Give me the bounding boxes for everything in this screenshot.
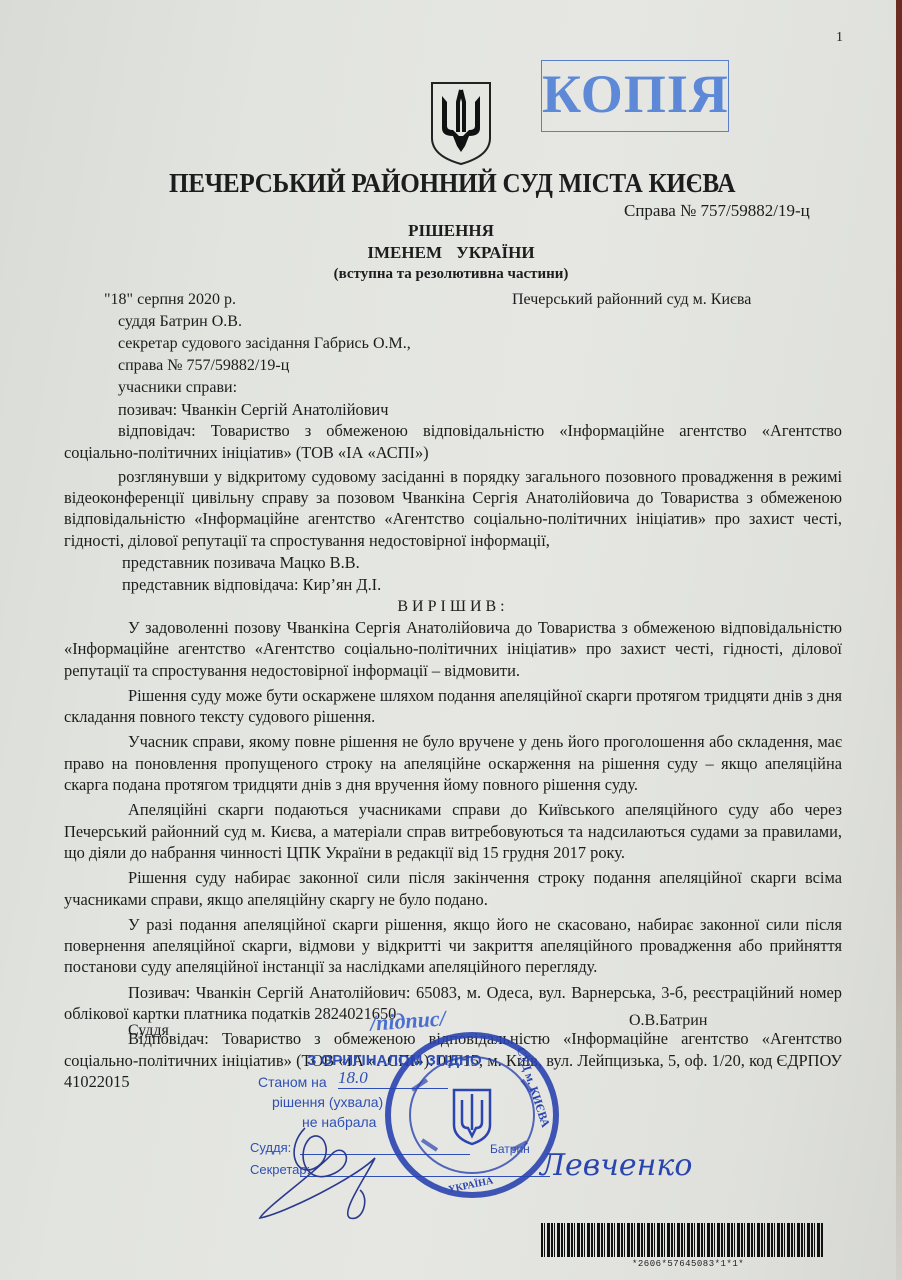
barcode bbox=[541, 1223, 823, 1257]
resolution-paragraph: У разі подання апеляційної скарги рішенн… bbox=[64, 914, 842, 978]
copy-stamp: КОПІЯ bbox=[541, 60, 729, 132]
resolved-heading: ВИРІШИВ: bbox=[64, 596, 842, 617]
decision-date: "18" серпня 2020 р. bbox=[104, 289, 236, 310]
decision-place: Печерський районний суд м. Києва bbox=[512, 289, 751, 310]
resolution-paragraph: Рішення суду набирає законної сили після… bbox=[64, 867, 842, 910]
document-type: РІШЕННЯ bbox=[0, 221, 902, 241]
resolution-paragraph: У задоволенні позову Чванкіна Сергія Ана… bbox=[64, 617, 842, 681]
case-number: Справа № 757/59882/19-ц bbox=[624, 201, 810, 221]
resolution-paragraph: Рішення суду може бути оскаржене шляхом … bbox=[64, 685, 842, 728]
defendant-line: відповідач: Товариство з обмеженою відпо… bbox=[64, 420, 842, 463]
judge-handwritten-signature-icon bbox=[245, 1118, 445, 1228]
participants-label: учасники справи: bbox=[118, 377, 237, 398]
secretary-handwritten-name: Левченко bbox=[540, 1148, 692, 1183]
judge-name: О.В.Батрин bbox=[629, 1010, 707, 1031]
document-body: позивач: Чванкін Сергій Анатолійович від… bbox=[64, 399, 842, 1096]
certification-date-label: Станом на bbox=[258, 1074, 327, 1090]
parts-note: (вступна та резолютивна частини) bbox=[0, 266, 902, 283]
considered-paragraph: розглянувши у відкритому судовому засіда… bbox=[64, 466, 842, 551]
case-line: справа № 757/59882/19-ц bbox=[118, 355, 289, 376]
judge-line: суддя Батрин О.В. bbox=[118, 311, 242, 332]
certification-line-3: рішення (ухвала) bbox=[272, 1094, 383, 1110]
defendant-representative: представник відповідача: Кир’ян Д.І. bbox=[64, 574, 842, 595]
page-number: 1 bbox=[836, 30, 843, 46]
judge-signature-label: Суддя bbox=[128, 1020, 169, 1041]
barcode-number: *2606*57645083*1*1* bbox=[632, 1259, 744, 1269]
plaintiff-line: позивач: Чванкін Сергій Анатолійович bbox=[64, 399, 842, 420]
paper-edge bbox=[896, 0, 902, 1280]
seal-partial-name: Батрин bbox=[490, 1142, 530, 1156]
coat-of-arms-icon bbox=[429, 80, 493, 166]
court-name: ПЕЧЕРСЬКИЙ РАЙОННИЙ СУД МІСТА КИЄВА bbox=[169, 168, 735, 199]
plaintiff-details: Позивач: Чванкін Сергій Анатолійович: 65… bbox=[64, 982, 842, 1025]
in-name-of-ukraine: ІМЕНЕМ УКРАЇНИ bbox=[0, 243, 902, 263]
secretary-line: секретар судового засідання Габрись О.М.… bbox=[118, 333, 411, 354]
plaintiff-representative: представник позивача Мацко В.В. bbox=[64, 552, 842, 573]
resolution-paragraph: Учасник справи, якому повне рішення не б… bbox=[64, 731, 842, 795]
resolution-paragraph: Апеляційні скарги подаються учасниками с… bbox=[64, 799, 842, 863]
